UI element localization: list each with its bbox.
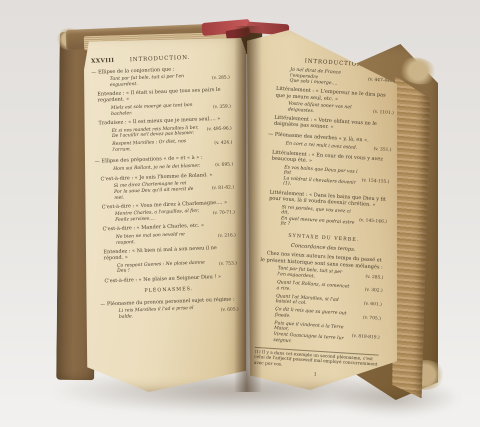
right-page: INTRODUCTION. XXIX Ja nel dirat de Franc… [247, 30, 397, 390]
right-page-text: INTRODUCTION. XXIX Ja nel dirat de Franc… [253, 56, 397, 381]
left-page-header: XXVIII INTRODUCTION. [91, 53, 229, 64]
left-page-body: — Ellipse de la conjonction que :Tant pa… [91, 64, 239, 321]
left-running-title: INTRODUCTION. [121, 55, 199, 64]
verse-quotation: Si rei paroles, que vos avez ci dit,En q… [272, 204, 387, 233]
left-page: XXVIII INTRODUCTION. — Ellipse de la con… [84, 38, 246, 392]
header-spacer [273, 60, 303, 62]
text-line-heading: PLÉONASMES. [100, 285, 238, 296]
verse-quotation: Li reis Marsilies il l'ad e prise el bal… [111, 305, 239, 321]
verse-quotation: Puis que il vindrent a la Terre Maior,Vi… [265, 320, 380, 349]
verse-quotation: Si me direz Charlemagne le reiPor la sou… [106, 180, 235, 202]
right-page-body: Ja nel dirat de France l'emperedreQue so… [254, 66, 397, 373]
verse-quotation: Respont Marsilies : Or diet, nos l'orrum… [104, 138, 232, 154]
left-page-number: XXVIII [91, 58, 121, 65]
book-photo: XXVIII INTRODUCTION. — Ellipse de la con… [0, 0, 480, 427]
gutter-shadow [234, 26, 262, 392]
header-spacer [199, 57, 229, 58]
left-page-text: XXVIII INTRODUCTION. — Ellipse de la con… [91, 53, 239, 323]
